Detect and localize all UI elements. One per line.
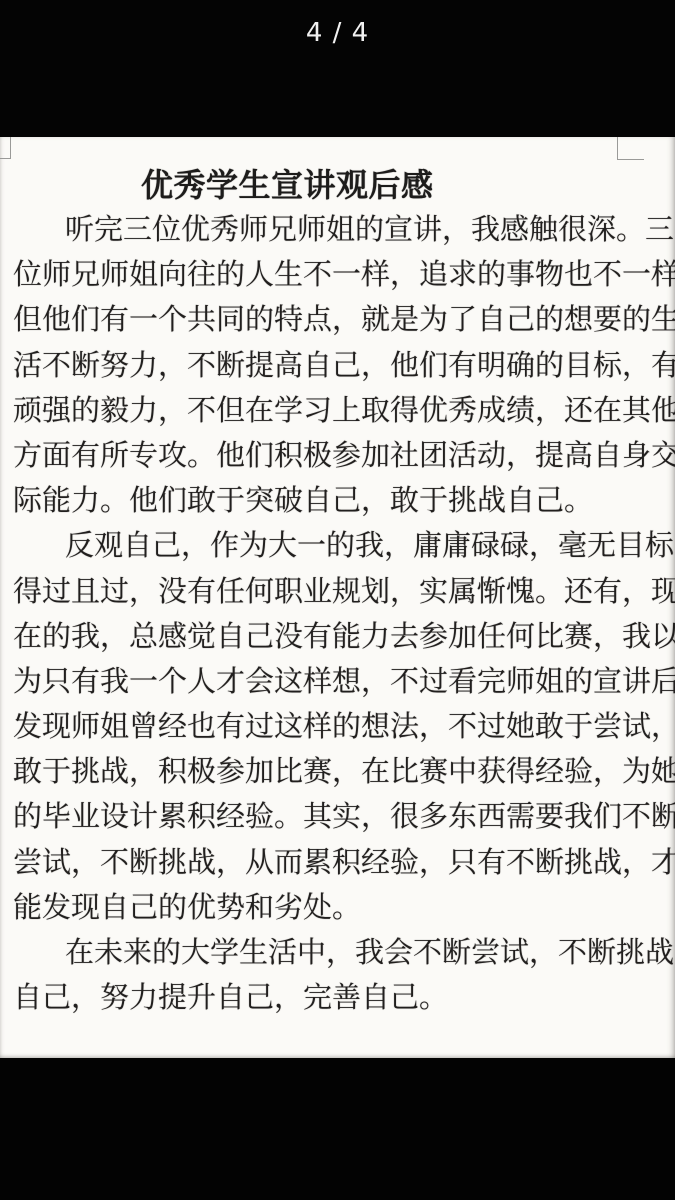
document-line: 能发现自己的优势和劣处。 — [13, 886, 652, 931]
document-line: 得过且过，没有任何职业规划，实属惭愧。还有，现 — [13, 570, 652, 615]
page-indicator-bar: 4 / 4 — [0, 0, 675, 137]
document-body: 听完三位优秀师兄师姐的宣讲，我感触很深。三 位师兄师姐向往的人生不一样，追求的事… — [13, 208, 652, 1021]
document-line: 反观自己，作为大一的我，庸庸碌碌，毫无目标， — [13, 524, 652, 569]
margin-corner-mark-right — [617, 137, 644, 160]
document-title: 优秀学生宣讲观后感 — [141, 160, 434, 206]
document-line: 尝试，不断挑战，从而累积经验，只有不断挑战，才 — [13, 841, 652, 886]
document-line: 方面有所专攻。他们积极参加社团活动，提高自身交 — [13, 434, 652, 479]
document-line: 发现师姐曾经也有过这样的想法，不过她敢于尝试， — [13, 705, 652, 750]
document-line: 际能力。他们敢于突破自己，敢于挑战自己。 — [13, 479, 652, 524]
document-line: 的毕业设计累积经验。其实，很多东西需要我们不断 — [13, 795, 652, 840]
document-line: 活不断努力，不断提高自己，他们有明确的目标，有 — [13, 344, 652, 389]
margin-corner-mark-left — [0, 137, 11, 159]
page-indicator: 4 / 4 — [0, 18, 675, 48]
document-page[interactable]: 优秀学生宣讲观后感 听完三位优秀师兄师姐的宣讲，我感触很深。三 位师兄师姐向往的… — [0, 137, 675, 1058]
document-line: 为只有我一个人才会这样想，不过看完师姐的宣讲后， — [13, 660, 652, 705]
document-line: 敢于挑战，积极参加比赛，在比赛中获得经验，为她 — [13, 750, 652, 795]
document-line: 自己，努力提升自己，完善自己。 — [13, 976, 652, 1021]
document-line: 顽强的毅力，不但在学习上取得优秀成绩，还在其他 — [13, 389, 652, 434]
document-line: 在未来的大学生活中，我会不断尝试，不断挑战 — [13, 931, 652, 976]
document-line: 但他们有一个共同的特点，就是为了自己的想要的生 — [13, 298, 652, 343]
document-line: 听完三位优秀师兄师姐的宣讲，我感触很深。三 — [13, 208, 652, 253]
document-viewer[interactable]: 4 / 4 优秀学生宣讲观后感 听完三位优秀师兄师姐的宣讲，我感触很深。三 位师… — [0, 0, 675, 1200]
document-line: 在的我，总感觉自己没有能力去参加任何比赛，我以 — [13, 615, 652, 660]
document-line: 位师兄师姐向往的人生不一样，追求的事物也不一样， — [13, 253, 652, 298]
